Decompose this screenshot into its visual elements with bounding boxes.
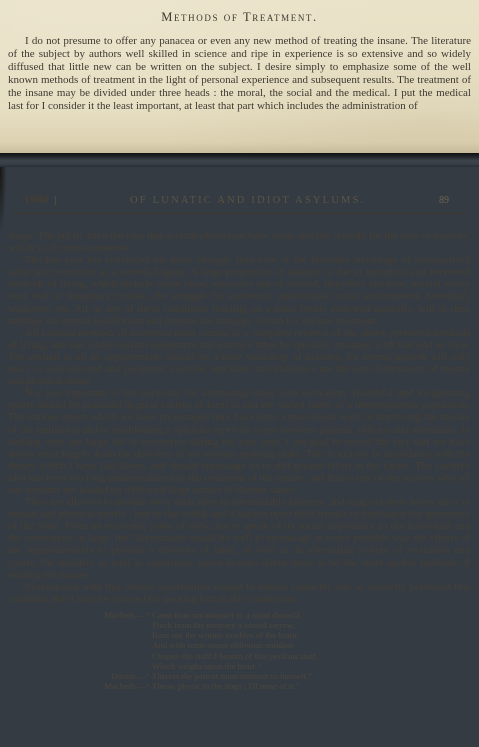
- paragraph: They are allowed to dawdle away their ti…: [8, 496, 470, 581]
- quote-text: And with some sweet oblivious antidote: [146, 640, 293, 650]
- paragraph: The last year has convinced me more stro…: [8, 254, 470, 327]
- quote-text: Raze out the written troubles of the bra…: [146, 630, 299, 640]
- text-segment: The last year has convinced me more stro…: [8, 254, 470, 326]
- quote-line: Cleanse the stuff'd bosom of that perilo…: [93, 651, 479, 661]
- shakespeare-quote: Macbeth.—“ Canst thou not minister to a …: [93, 610, 479, 691]
- quote-speaker: [93, 640, 146, 650]
- quote-text: “ Canst thou not minister to a mind dise…: [146, 610, 302, 620]
- quote-text: Pluck from the memory a rooted sorrow,: [146, 620, 295, 630]
- paragraph: Not less important is the necessity for …: [8, 387, 470, 496]
- lead-paragraph: I do not presume to offer any panacea or…: [8, 35, 471, 113]
- text-segment: All rational methods of treatment must c…: [8, 327, 470, 387]
- quote-line: Raze out the written troubles of the bra…: [93, 630, 479, 640]
- quote-text: “ Therein the patient must minister to h…: [146, 671, 312, 681]
- quote-text: Which weighs upon the heart ?: [146, 661, 261, 671]
- paragraph: Shakespeare with that almost superhuman …: [8, 581, 470, 605]
- quote-text: Cleanse the stuff'd bosom of that perilo…: [146, 651, 318, 661]
- header-rule: [12, 213, 466, 214]
- quote-text: “ Throw physic to the dogs ; I'll none o…: [146, 681, 300, 691]
- page-number: 89: [439, 195, 449, 206]
- page-current: 1900 ] OF LUNATIC AND IDIOT ASYLUMS. 89 …: [0, 167, 479, 747]
- quote-speaker: Macbeth.—: [93, 681, 146, 691]
- quote-line: And with some sweet oblivious antidote: [93, 640, 479, 650]
- quote-line: Which weighs upon the heart ?: [93, 661, 479, 671]
- quote-speaker: [93, 630, 146, 640]
- italic-phrase: esprit de corps: [213, 424, 277, 436]
- quote-speaker: [93, 651, 146, 661]
- document-viewer[interactable]: Methods of Treatment. I do not presume t…: [0, 0, 479, 747]
- quote-line: Pluck from the memory a rooted sorrow,: [93, 620, 479, 630]
- quote-speaker: [93, 661, 146, 671]
- text-segment: drugs. The public have the idea that asy…: [8, 230, 470, 254]
- paragraph: drugs. The public have the idea that asy…: [8, 230, 470, 254]
- section-title: Methods of Treatment.: [8, 10, 471, 25]
- quote-speaker: Doctor.—: [93, 671, 146, 681]
- paragraph: All rational methods of treatment must c…: [8, 327, 470, 387]
- quote-line: Macbeth.—“ Canst thou not minister to a …: [93, 610, 479, 620]
- text-segment: They are allowed to dawdle away their ti…: [8, 496, 470, 581]
- quote-speaker: [93, 620, 146, 630]
- quote-line: Macbeth.—“ Throw physic to the dogs ; I'…: [93, 681, 479, 691]
- running-header: 1900 ] OF LUNATIC AND IDIOT ASYLUMS. 89: [0, 190, 479, 208]
- quote-speaker: Macbeth.—: [93, 610, 146, 620]
- page-gap: [0, 153, 479, 167]
- page-previous: Methods of Treatment. I do not presume t…: [0, 0, 479, 153]
- quote-line: Doctor.—“ Therein the patient must minis…: [93, 671, 479, 681]
- header-title: OF LUNATIC AND IDIOT ASYLUMS.: [57, 195, 440, 206]
- header-year: 1900 ]: [24, 190, 57, 208]
- body-text: drugs. The public have the idea that asy…: [8, 230, 470, 605]
- text-segment: Shakespeare with that almost superhuman …: [8, 581, 470, 605]
